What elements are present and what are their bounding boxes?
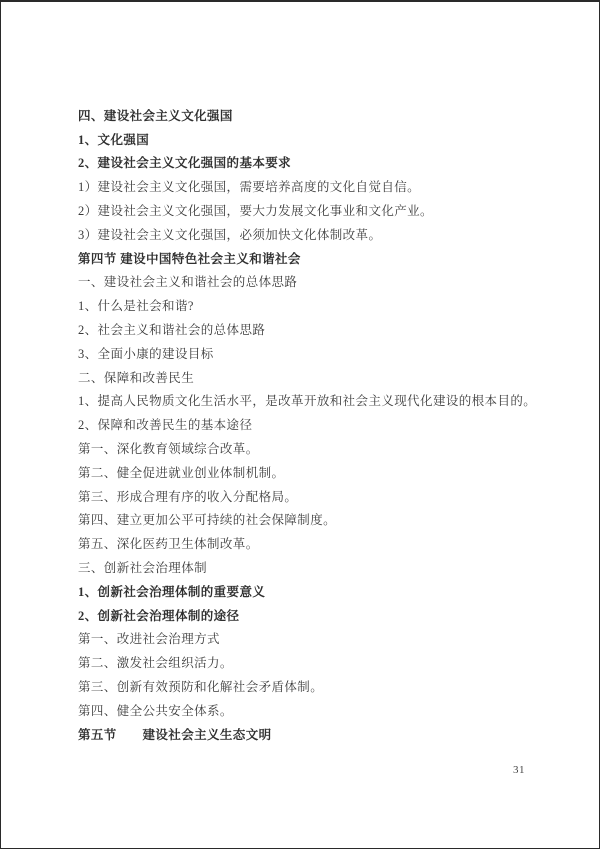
text-line: 一、建设社会主义和谐社会的总体思路: [78, 270, 569, 294]
document-page: 四、建设社会主义文化强国1、文化强国2、建设社会主义文化强国的基本要求1）建设社…: [0, 0, 600, 849]
text-line: 2）建设社会主义文化强国，要大力发展文化事业和文化产业。: [78, 198, 569, 222]
text-line: 二、保障和改善民生: [78, 365, 569, 389]
text-line: 2、社会主义和谐社会的总体思路: [78, 317, 569, 341]
text-line: 1、创新社会治理体制的重要意义: [78, 579, 569, 603]
text-line: 3）建设社会主义文化强国，必须加快文化体制改革。: [78, 222, 569, 246]
text-line: 2、保障和改善民生的基本途径: [78, 412, 569, 436]
text-line: 四、建设社会主义文化强国: [78, 103, 569, 127]
text-line: 第三、创新有效预防和化解社会矛盾体制。: [78, 674, 569, 698]
text-line: 三、创新社会治理体制: [78, 555, 569, 579]
text-line: 1）建设社会主义文化强国，需要培养高度的文化自觉自信。: [78, 174, 569, 198]
text-line: 1、文化强国: [78, 127, 569, 151]
text-line: 第四、建立更加公平可持续的社会保障制度。: [78, 508, 569, 532]
text-line: 第五节 建设社会主义生态文明: [78, 722, 569, 746]
text-line: 2、建设社会主义文化强国的基本要求: [78, 151, 569, 175]
text-line: 第五、深化医药卫生体制改革。: [78, 531, 569, 555]
text-line: 第四、健全公共安全体系。: [78, 698, 569, 722]
text-line: 1、提高人民物质文化生活水平，是改革开放和社会主义现代化建设的根本目的。: [78, 389, 569, 413]
text-line: 2、创新社会治理体制的途径: [78, 603, 569, 627]
text-line: 第二、健全促进就业创业体制机制。: [78, 460, 569, 484]
text-line: 3、全面小康的建设目标: [78, 341, 569, 365]
text-line: 第三、形成合理有序的收入分配格局。: [78, 484, 569, 508]
text-line: 1、什么是社会和谐?: [78, 293, 569, 317]
page-number: 31: [513, 764, 525, 776]
text-line: 第二、激发社会组织活力。: [78, 650, 569, 674]
text-line: 第四节 建设中国特色社会主义和谐社会: [78, 246, 569, 270]
text-line: 第一、深化教育领域综合改革。: [78, 436, 569, 460]
text-line: 第一、改进社会治理方式: [78, 627, 569, 651]
document-lines: 四、建设社会主义文化强国1、文化强国2、建设社会主义文化强国的基本要求1）建设社…: [78, 103, 569, 746]
